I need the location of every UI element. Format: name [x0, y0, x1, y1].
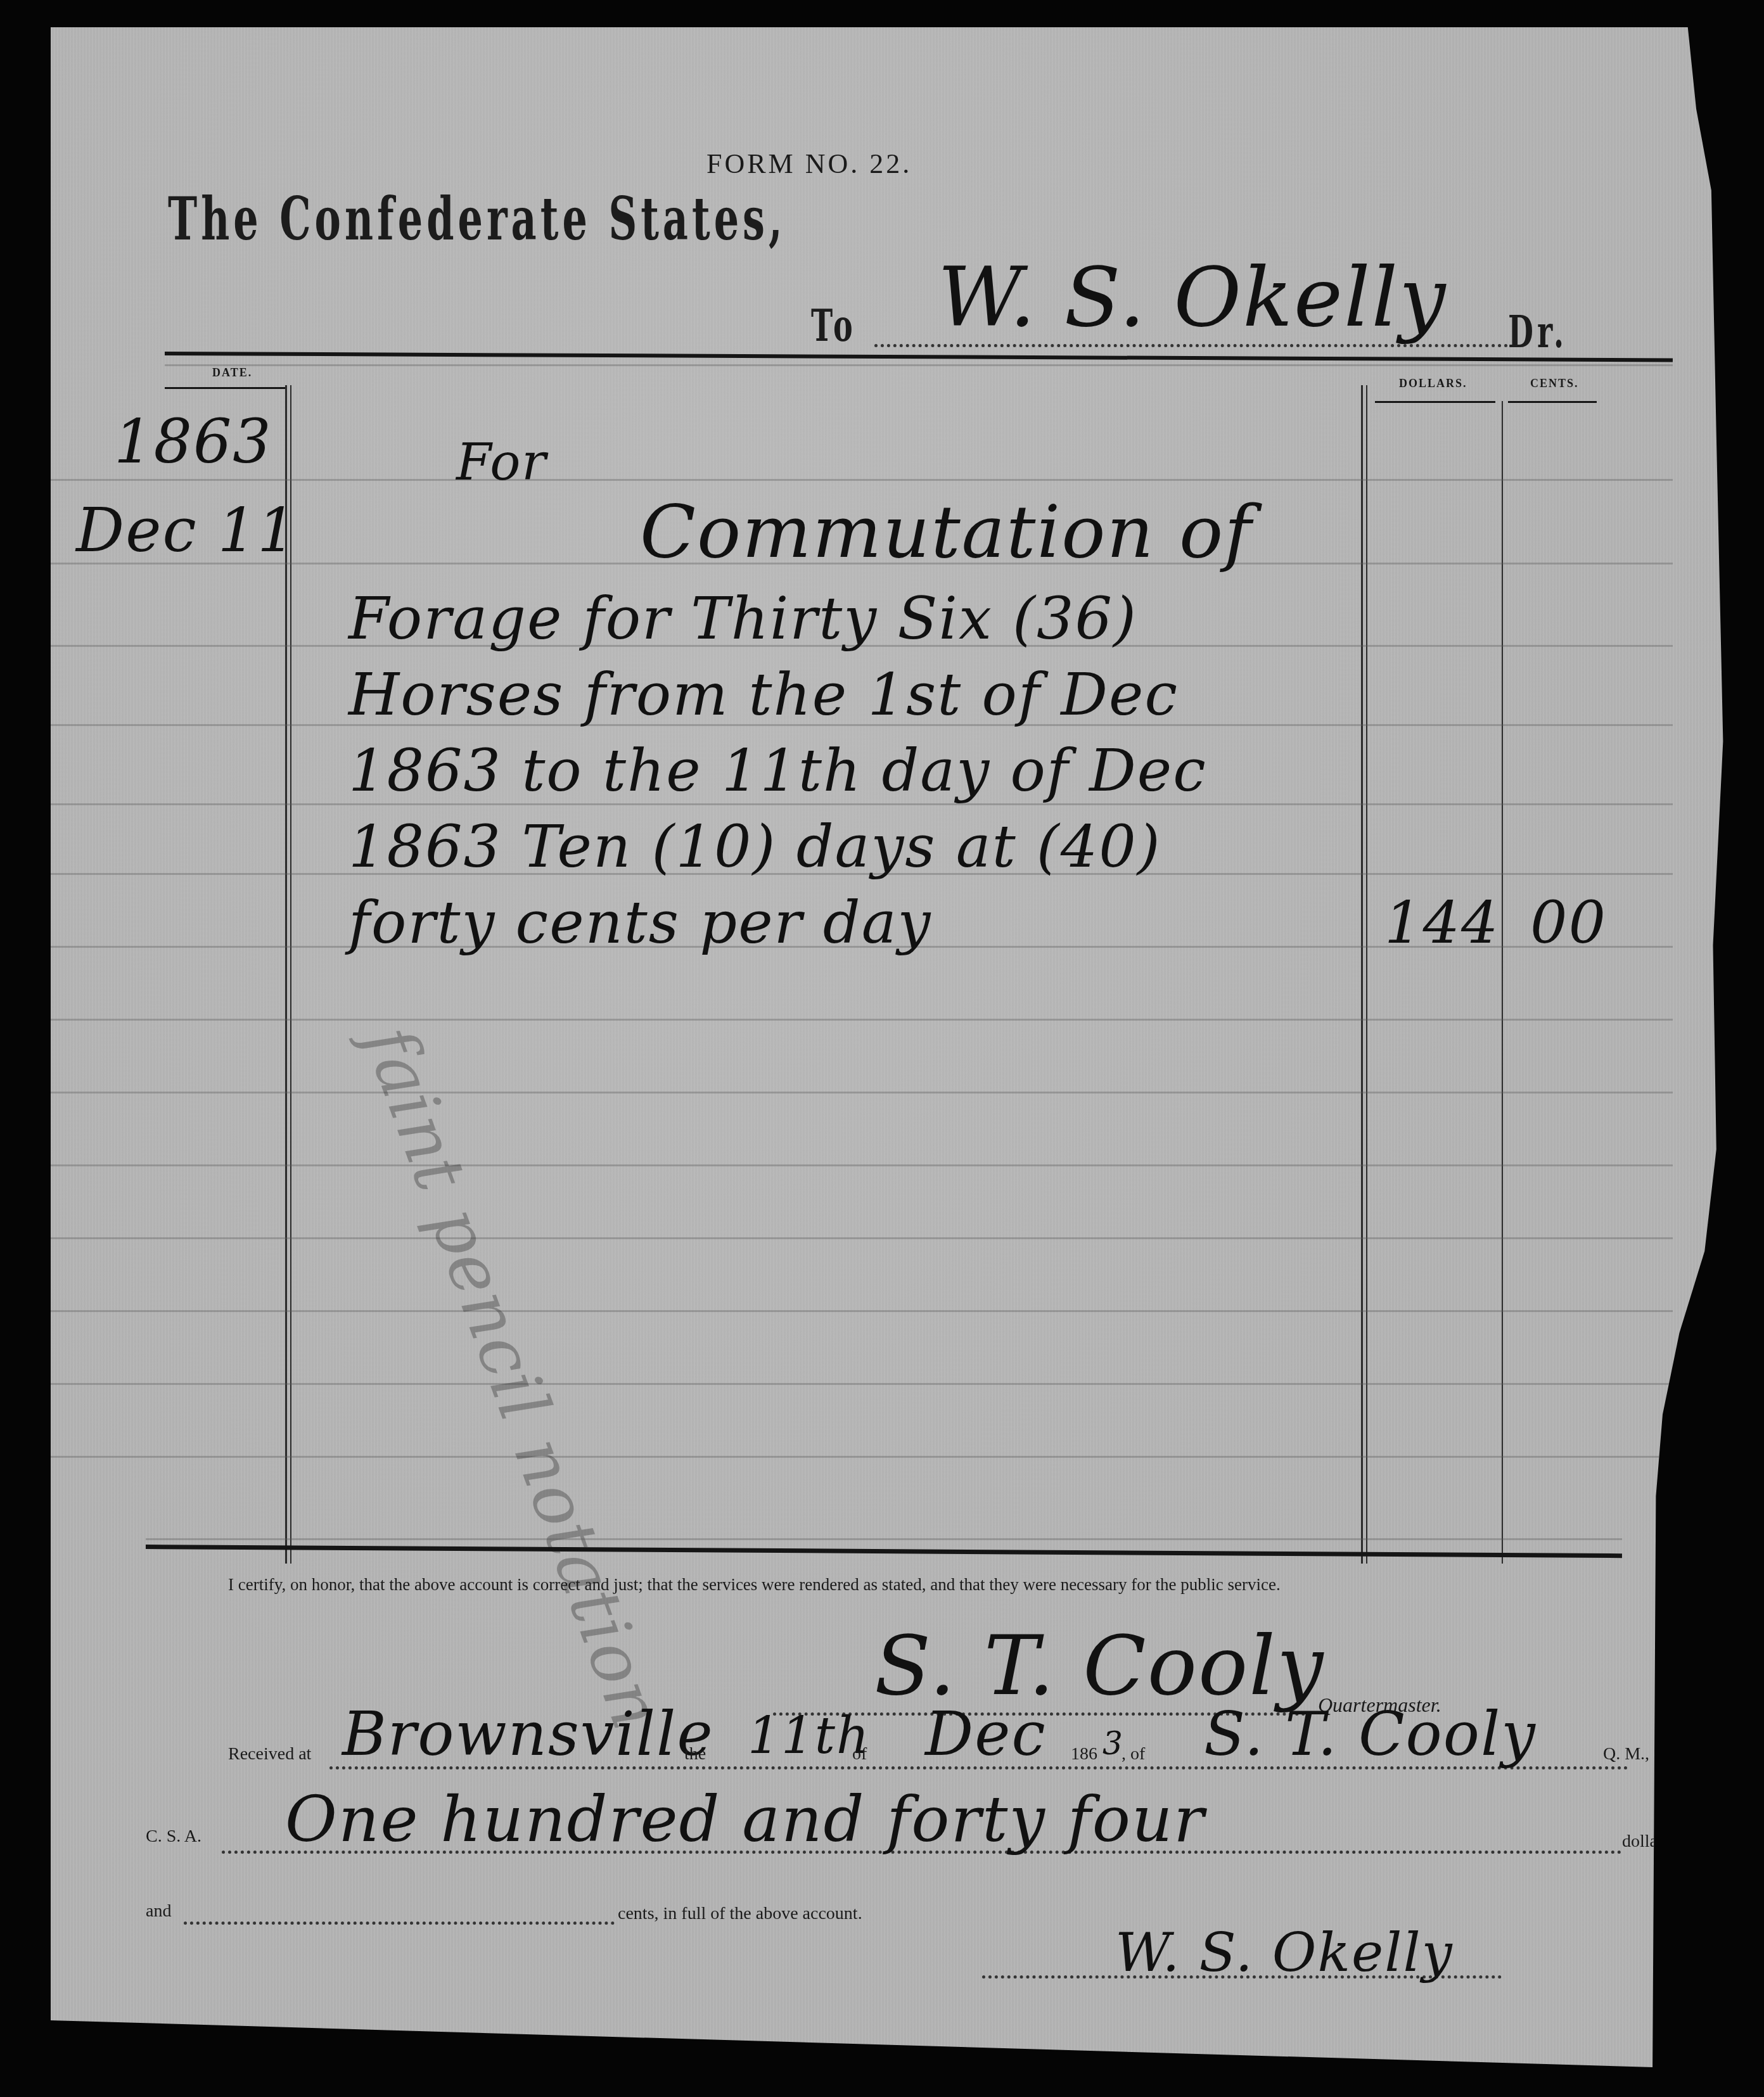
of-label-2: , of [1122, 1744, 1145, 1764]
dollars-label: dollars [1622, 1832, 1670, 1852]
date-header-underline [165, 387, 285, 389]
ruled-line [51, 1237, 1673, 1239]
dollars-column-left-divider-2 [1366, 385, 1367, 1564]
ruled-line [51, 1383, 1673, 1385]
year-suffix: 3 [1102, 1725, 1124, 1762]
payee-signature: W. S. Okelly [1115, 1922, 1454, 1984]
ruled-line [51, 1164, 1673, 1166]
footer-rule [146, 1545, 1622, 1558]
the-label: the [684, 1744, 706, 1764]
ruled-line [51, 1310, 1673, 1312]
and-label: and [146, 1901, 171, 1922]
pencil-notation: faint pencil notation [348, 1016, 678, 1740]
ruled-line [51, 1092, 1673, 1093]
date-column-header: DATE. [212, 366, 252, 379]
dollars-header-underline [1375, 401, 1495, 403]
entry-date-day: Dec 11 [76, 496, 297, 566]
ruled-line [51, 1456, 1673, 1458]
description-line-2: Commutation of [640, 490, 1253, 575]
received-at-label: Received at [228, 1744, 311, 1764]
cents-label: cents, in full of the above account. [618, 1904, 862, 1924]
description-line-4: Horses from the 1st of Dec [348, 661, 1179, 729]
of-label: of [852, 1744, 867, 1764]
header-rule [165, 352, 1673, 362]
description-line-7: forty cents per day [348, 889, 932, 957]
description-line-3: Forage for Thirty Six (36) [348, 585, 1137, 653]
dr-label: Dr. [1508, 306, 1568, 357]
amount-cents: 00 [1530, 889, 1607, 957]
header-rule-thin [165, 364, 1673, 366]
dollars-column-left-divider [1361, 385, 1363, 1564]
dollars-column-header: DOLLARS. [1399, 377, 1467, 390]
receipt-place: Brownsville [342, 1700, 714, 1769]
receipt-from-name: S. T. Cooly [1204, 1700, 1537, 1769]
document-page: FORM NO. 22. The Confederate States, To … [51, 27, 1730, 2067]
document-title: The Confederate States, [168, 184, 786, 254]
description-line-1: For [456, 433, 547, 492]
form-number: FORM NO. 22. [706, 148, 912, 180]
receipt-month: Dec [925, 1700, 1047, 1769]
cents-line [184, 1922, 615, 1925]
csa-label: C. S. A. [146, 1826, 201, 1847]
payee-name: W. S. Okelly [938, 249, 1447, 345]
certification-text: I certify, on honor, that the above acco… [146, 1573, 1666, 1596]
description-line-6: 1863 Ten (10) days at (40) [348, 813, 1161, 881]
cents-column-divider [1502, 401, 1503, 1564]
description-line-5: 1863 to the 11th day of Dec [348, 737, 1207, 805]
cents-header-underline [1508, 401, 1597, 403]
ruled-line [51, 479, 1673, 481]
qm-label: Q. M., [1603, 1744, 1649, 1764]
amount-dollars: 144 [1384, 889, 1500, 957]
year-prefix: 186 [1071, 1744, 1097, 1764]
ruled-line [51, 1019, 1673, 1021]
footer-rule-thin [146, 1538, 1622, 1540]
entry-date-year: 1863 [114, 407, 272, 477]
amount-in-words: One hundred and forty four [285, 1782, 1205, 1856]
cents-column-header: CENTS. [1530, 377, 1579, 390]
to-label: To [811, 300, 857, 351]
